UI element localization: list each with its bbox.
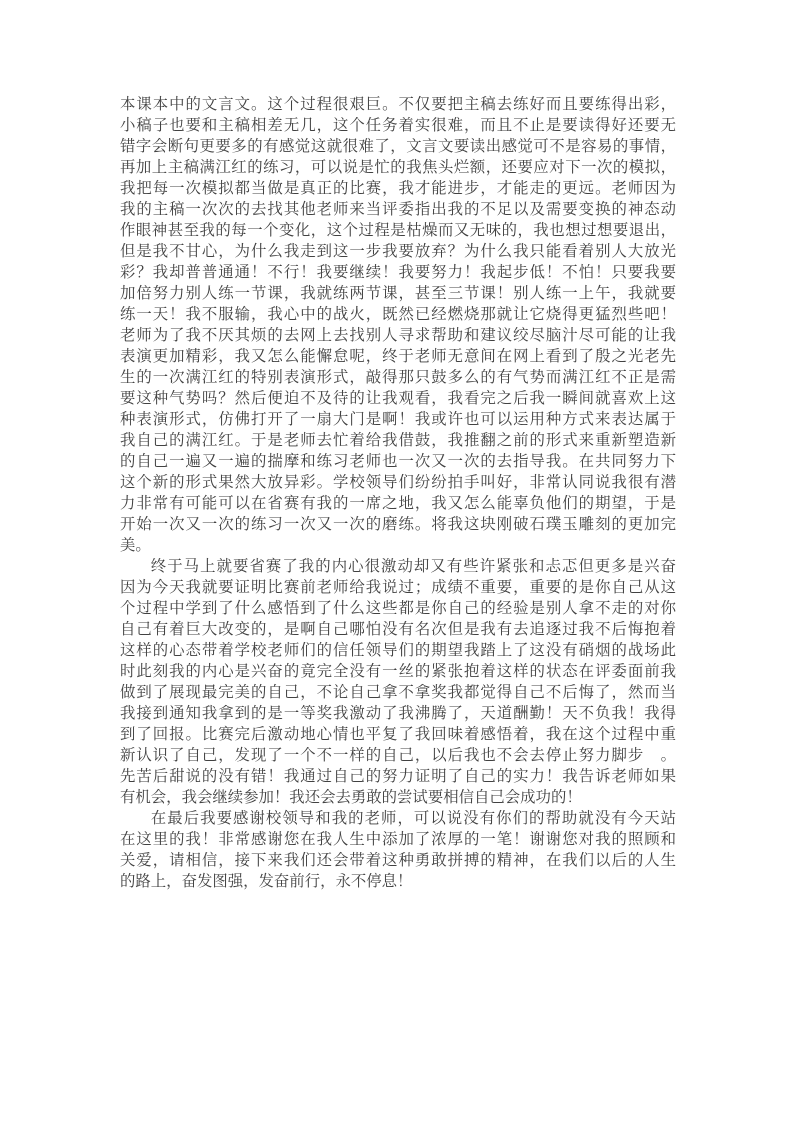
- text-line: 的自己一遍又一遍的揣摩和练习老师也一次又一次的去指导我。在共同努力下: [120, 451, 676, 472]
- text-line: 个过程中学到了什么感悟到了什么这些都是你自己的经验是别人拿不走的对你: [120, 598, 676, 619]
- text-line: 自己有着巨大改变的，是啊自己哪怕没有名次但是我有去追逐过我不后悔抱着: [120, 619, 676, 640]
- text-line: 美。: [120, 535, 676, 556]
- document-page: 本课本中的文言文。这个过程很艰巨。不仅要把主稿去练好而且要练得出彩，小稿子也要和…: [0, 0, 794, 1123]
- text-line: 种表演形式，仿佛打开了一扇大门是啊！我或许也可以运用种方式来表达属于: [120, 409, 676, 430]
- text-line: 本课本中的文言文。这个过程很艰巨。不仅要把主稿去练好而且要练得出彩，: [120, 94, 676, 115]
- text-line: 因为今天我就要证明比赛前老师给我说过；成绩不重要，重要的是你自己从这: [120, 577, 676, 598]
- text-line: 这样的心态带着学校老师们的信任领导们的期望我踏上了这没有硝烟的战场此: [120, 640, 676, 661]
- text-line: 要这种气势吗？然后便迫不及待的让我观看，我看完之后我一瞬间就喜欢上这: [120, 388, 676, 409]
- text-line: 有机会，我会继续参加！我还会去勇敢的尝试要相信自己会成功的！: [120, 787, 676, 808]
- text-line: 开始一次又一次的练习一次又一次的磨练。将我这块刚破石璞玉雕刻的更加完: [120, 514, 676, 535]
- text-line: 再加上主稿满江红的练习，可以说是忙的我焦头烂额，还要应对下一次的模拟，: [120, 157, 676, 178]
- text-line: 终于马上就要省赛了我的内心很激动却又有些许紧张和忐忑但更多是兴奋: [120, 556, 676, 577]
- text-line: 这个新的形式果然大放异彩。学校领导们纷纷拍手叫好，非常认同说我很有潜: [120, 472, 676, 493]
- text-line: 关爱，请相信，接下来我们还会带着这种勇敢拼搏的精神，在我们以后的人生: [120, 850, 676, 871]
- text-line: 先苦后甜说的没有错！我通过自己的努力证明了自己的实力！我告诉老师如果: [120, 766, 676, 787]
- text-line: 作眼神甚至我的每一个变化，这个过程是枯燥而又无味的，我也想过想要退出，: [120, 220, 676, 241]
- text-line: 小稿子也要和主稿相差无几，这个任务着实很难，而且不止是要读得好还要无: [120, 115, 676, 136]
- text-line: 生的一次满江红的特别表演形式，敲得那只鼓多么的有气势而满江红不正是需: [120, 367, 676, 388]
- text-line: 我自己的满江红。于是老师去忙着给我借鼓，我推翻之前的形式来重新塑造新: [120, 430, 676, 451]
- text-line: 我把每一次模拟都当做是真正的比赛，我才能进步，才能走的更远。老师因为: [120, 178, 676, 199]
- text-line: 到了回报。比赛完后激动地心情也平复了我回味着感悟着，我在这个过程中重: [120, 724, 676, 745]
- text-line: 在这里的我！非常感谢您在我人生中添加了浓厚的一笔！谢谢您对我的照顾和: [120, 829, 676, 850]
- text-line: 做到了展现最完美的自己，不论自己拿不拿奖我都觉得自己不后悔了，然而当: [120, 682, 676, 703]
- text-line: 我接到通知我拿到的是一等奖我激动了我沸腾了，天道酬勤！天不负我！我得: [120, 703, 676, 724]
- text-line: 但是我不甘心，为什么我走到这一步我要放弃？为什么我只能看着别人大放光: [120, 241, 676, 262]
- text-line: 表演更加精彩，我又怎么能懈怠呢，终于老师无意间在网上看到了殷之光老先: [120, 346, 676, 367]
- text-line: 的路上，奋发图强，发奋前行，永不停息！: [120, 871, 676, 892]
- text-line: 时此刻我的内心是兴奋的竟完全没有一丝的紧张抱着这样的状态在评委面前我: [120, 661, 676, 682]
- text-line: 错字会断句更要多的有感觉这就很难了，文言文要读出感觉可不是容易的事情，: [120, 136, 676, 157]
- text-line: 新认识了自己，发现了一个不一样的自己，以后我也不会去停止努力脚步 。: [120, 745, 676, 766]
- text-line: 练一天！我不服输，我心中的战火，既然已经燃烧那就让它烧得更猛烈些吧！: [120, 304, 676, 325]
- text-line: 老师为了我不厌其烦的去网上去找别人寻求帮助和建议绞尽脑汁尽可能的让我: [120, 325, 676, 346]
- text-line: 彩？我却普普通通！不行！我要继续！我要努力！我起步低！不怕！只要我要: [120, 262, 676, 283]
- essay-text: 本课本中的文言文。这个过程很艰巨。不仅要把主稿去练好而且要练得出彩，小稿子也要和…: [120, 94, 676, 892]
- text-line: 在最后我要感谢校领导和我的老师，可以说没有你们的帮助就没有今天站: [120, 808, 676, 829]
- text-line: 我的主稿一次次的去找其他老师来当评委指出我的不足以及需要变换的神态动: [120, 199, 676, 220]
- text-line: 加倍努力别人练一节课，我就练两节课，甚至三节课！别人练一上午，我就要: [120, 283, 676, 304]
- text-line: 力非常有可能可以在省赛有我的一席之地，我又怎么能辜负他们的期望，于是: [120, 493, 676, 514]
